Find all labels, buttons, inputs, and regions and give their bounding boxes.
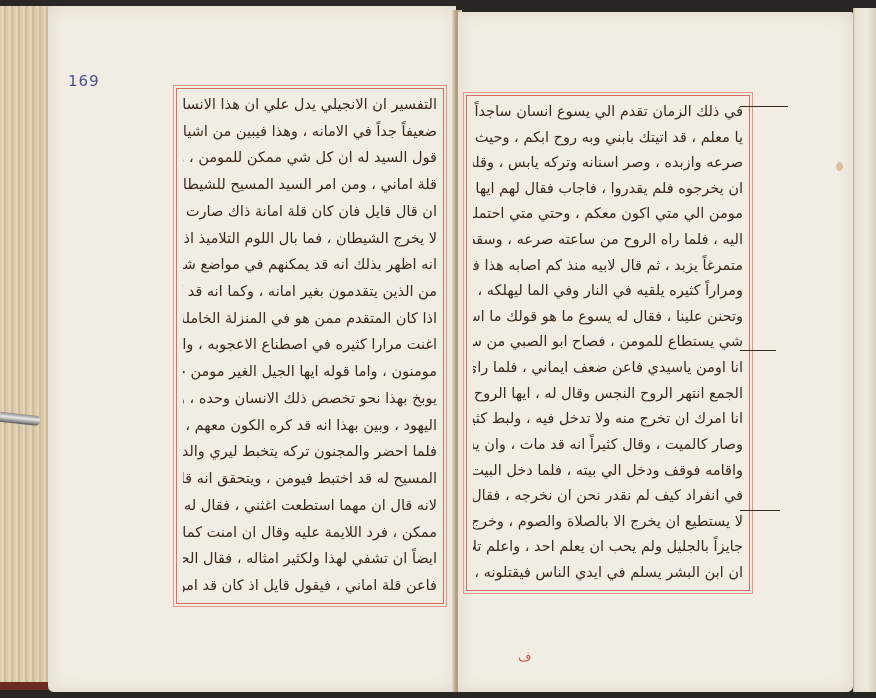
text-line: في ذلك الزمان تقدم الي يسوع انسان ساجداً…	[473, 100, 743, 125]
text-line: اليه ، فلما راه الروح من ساعته صرعه ، وس…	[473, 228, 743, 253]
text-line: ضعيفاً جداً في الامانه ، وهذا فيبين من ا…	[183, 120, 437, 145]
text-line: ايضاً ان تشفي لهذا ولكثير امثاله ، فقال …	[183, 547, 437, 572]
text-line: يوبخ بهذا نحو تخصص ذلك الانسان وحده ، ول…	[183, 387, 437, 412]
text-line: انا امرك ان تخرج منه ولا تدخل فيه ، ولبط…	[473, 407, 743, 432]
text-line: التفسير ان الانجيلي يدل علي ان هذا الانس…	[183, 93, 437, 118]
text-line: متمرغاً يزبد ، ثم قال لابيه منذ كم اصابه…	[473, 254, 743, 279]
text-line: ان قال قايل فان كان قلة امانة ذاك صارت س…	[183, 200, 437, 225]
text-line: قول السيد له ان كل شي ممكن للمومن ، ومن …	[183, 146, 437, 171]
page-fore-edge	[0, 6, 52, 690]
manuscript-photo: 169 التفسير ان الانجيلي يدل علي ان هذا ا…	[0, 0, 876, 698]
text-line: ممكن ، فرد اللايمة عليه وقال ان امنت كما…	[183, 521, 437, 546]
catchword: ف	[518, 650, 531, 665]
margin-stroke	[740, 350, 776, 351]
text-line: في انفراد كيف لم نقدر نحن ان نخرجه ، فقا…	[473, 484, 743, 509]
text-line: ان يخرجوه فلم يقدروا ، فاجاب فقال لهم اي…	[473, 177, 743, 202]
text-line: اليهود ، وبين بهذا انه قد كره الكون معهم…	[183, 414, 437, 439]
left-text-block: التفسير ان الانجيلي يدل علي ان هذا الانس…	[176, 88, 444, 604]
text-line: لا يخرج الشيطان ، فما بال اللوم التلاميذ…	[183, 227, 437, 252]
text-line: لانه قال ان مهما استطعت اغثني ، فقال له …	[183, 494, 437, 519]
text-line: من الذين يتقدمون بغير امانه ، وكما انه ق…	[183, 280, 437, 305]
margin-stroke	[740, 510, 780, 511]
text-line: ومراراً كثيره يلقيه في النار وفي الما لي…	[473, 279, 743, 304]
text-line: اذا كان المتقدم ممن هو في المنزلة الخامل…	[183, 307, 437, 332]
text-line: واقامه فوقف ودخل الي بيته ، فلما دخل الب…	[473, 459, 743, 484]
text-line: المسيح له قد اختبط فيومن ، ويتحقق انه قا…	[183, 467, 437, 492]
text-line: فاعن قلة اماني ، فيقول قايل اذ كان قد ام…	[183, 574, 437, 599]
text-line: شي يستطاع للمومن ، فصاح ابو الصبي من ساع…	[473, 330, 743, 355]
right-page-edge	[853, 8, 876, 692]
right-text-lines: في ذلك الزمان تقدم الي يسوع انسان ساجداً…	[473, 100, 743, 586]
text-line: الجمع انتهر الروح النجس وقال له ، ايها ا…	[473, 382, 743, 407]
text-line: يا معلم ، قد اتيتك بابني وبه روح ابكم ، …	[473, 126, 743, 151]
text-line: ان ابن البشر يسلم في ايدي الناس فيقتلونه…	[473, 561, 743, 586]
text-line: انه اظهر بذلك انه قد يمكنهم في مواضع شتا…	[183, 253, 437, 278]
margin-stroke	[740, 106, 788, 107]
folio-number: 169	[68, 72, 100, 90]
text-line: صرعه وازبده ، وصر اسنانه وتركه يابس ، وق…	[473, 151, 743, 176]
left-text-lines: التفسير ان الانجيلي يدل علي ان هذا الانس…	[183, 93, 437, 599]
text-line: وصار كالميت ، وقال كثيراً انه قد مات ، و…	[473, 433, 743, 458]
text-line: مومن الي متي اكون معكم ، وحتي متي احتملك…	[473, 202, 743, 227]
text-line: لا يستطيع ان يخرج الا بالصلاة والصوم ، و…	[473, 510, 743, 535]
text-line: مومنون ، واما قوله ايها الجيل الغير مومن…	[183, 360, 437, 385]
text-line: وتحنن علينا ، فقال له يسوع ما هو قولك ما…	[473, 305, 743, 330]
text-line: اغنت مرارا كثيره في اصطناع الاعجوبه ، وا…	[183, 333, 437, 358]
text-line: قلة اماني ، ومن امر السيد المسيح للشيطان…	[183, 173, 437, 198]
right-text-block: في ذلك الزمان تقدم الي يسوع انسان ساجداً…	[466, 95, 750, 591]
paper-stain	[836, 162, 843, 171]
text-line: جايزاً بالجليل ولم يحب ان يعلم احد ، واع…	[473, 535, 743, 560]
text-line: فلما احضر والمجنون تركه يتخبط ليري والده…	[183, 440, 437, 465]
text-line: انا اومن ياسيدي فاعن ضعف ايماني ، فلما ر…	[473, 356, 743, 381]
